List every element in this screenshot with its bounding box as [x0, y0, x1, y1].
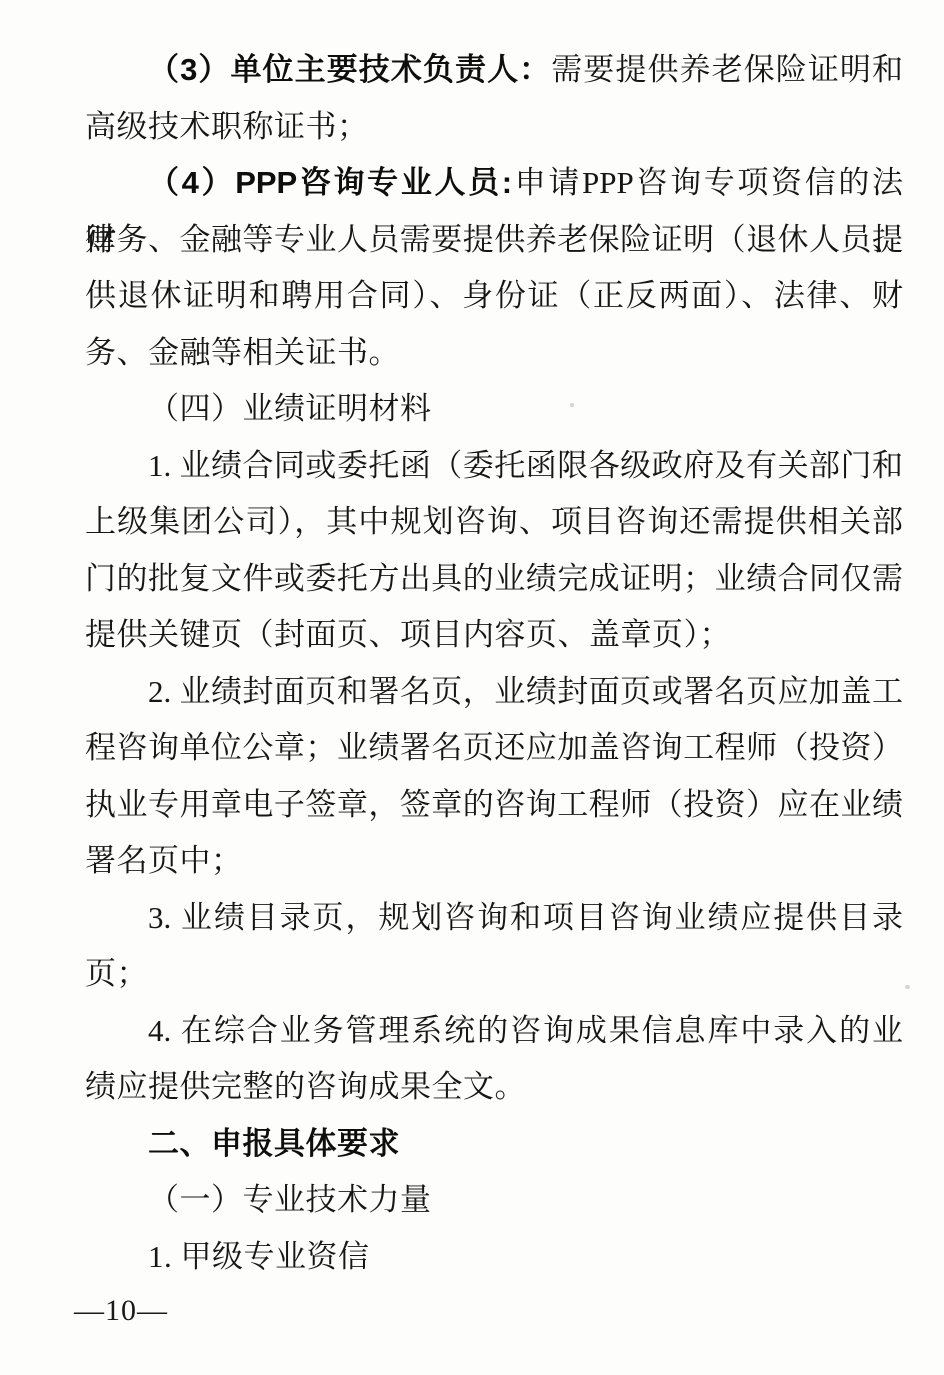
line-text: 高级技术职称证书；: [85, 109, 369, 144]
text-line: 4. 在综合业务管理系统的咨询成果信息库中录入的业: [85, 1003, 903, 1060]
text-line: 执业专用章电子签章，签章的咨询工程师（投资）应在业绩: [85, 777, 903, 834]
line-text: 供退休证明和聘用合同）、身份证（正反两面）、法律、财: [85, 278, 903, 313]
line-text: 署名页中；: [85, 843, 243, 878]
text-line: 3. 业绩目录页，规划咨询和项目咨询业绩应提供目录: [85, 890, 903, 947]
line-text: 4. 在综合业务管理系统的咨询成果信息库中录入的业: [148, 1013, 903, 1048]
line-text: 上级集团公司），其中规划咨询、项目咨询还需提供相关部: [85, 504, 903, 539]
text-line: 署名页中；: [85, 833, 903, 890]
line-text: （四）业绩证明材料: [148, 391, 432, 426]
line-text: 3. 业绩目录页，规划咨询和项目咨询业绩应提供目录: [148, 900, 903, 935]
text-line: 绩应提供完整的咨询成果全文。: [85, 1059, 903, 1116]
text-line: （4）PPP咨询专业人员:申请PPP咨询专项资信的法律、: [85, 155, 903, 212]
scan-speck: [108, 128, 111, 132]
text-line: 务、金融等相关证书。: [85, 325, 903, 382]
text-line: 1. 业绩合同或委托函（委托函限各级政府及有关部门和: [85, 438, 903, 495]
line-bold-text: 二、申报具体要求: [148, 1126, 400, 1161]
scan-speck: [905, 985, 910, 989]
text-line: 程咨询单位公章；业绩署名页还应加盖咨询工程师（投资）: [85, 720, 903, 777]
text-line: 上级集团公司），其中规划咨询、项目咨询还需提供相关部: [85, 494, 903, 551]
text-line: 页；: [85, 946, 903, 1003]
text-line: 1. 甲级专业资信: [85, 1229, 903, 1286]
line-bold-text: （4）PPP咨询专业人员:: [148, 165, 512, 200]
text-line: （3）单位主要技术负责人：需要提供养老保险证明和: [85, 42, 903, 99]
text-line: 高级技术职称证书；: [85, 99, 903, 156]
line-text: 财务、金融等专业人员需要提供养老保险证明（退休人员提: [85, 222, 903, 257]
section-heading: 二、申报具体要求: [85, 1116, 903, 1173]
text-line: 提供关键页（封面页、项目内容页、盖章页）；: [85, 607, 903, 664]
line-bold-text: （3）单位主要技术负责人：: [148, 52, 551, 87]
line-text: 页；: [85, 956, 148, 991]
document-page: （3）单位主要技术负责人：需要提供养老保险证明和 高级技术职称证书； （4）PP…: [0, 0, 944, 1375]
line-text: 执业专用章电子签章，签章的咨询工程师（投资）应在业绩: [85, 787, 903, 822]
text-line: 2. 业绩封面页和署名页，业绩封面页或署名页应加盖工: [85, 664, 903, 721]
line-text: 门的批复文件或委托方出具的业绩完成证明；业绩合同仅需: [85, 561, 903, 596]
line-text: 1. 甲级专业资信: [148, 1239, 370, 1274]
line-text: 2. 业绩封面页和署名页，业绩封面页或署名页应加盖工: [148, 674, 903, 709]
page-number: —10—: [74, 1294, 168, 1328]
line-text: 提供关键页（封面页、项目内容页、盖章页）；: [85, 617, 731, 652]
line-text: 程咨询单位公章；业绩署名页还应加盖咨询工程师（投资）: [85, 730, 903, 765]
line-text: 务、金融等相关证书。: [85, 335, 400, 370]
section-heading: （一）专业技术力量: [85, 1172, 903, 1229]
section-heading: （四）业绩证明材料: [85, 381, 903, 438]
text-line: 供退休证明和聘用合同）、身份证（正反两面）、法律、财: [85, 268, 903, 325]
document-body: （3）单位主要技术负责人：需要提供养老保险证明和 高级技术职称证书； （4）PP…: [85, 42, 903, 1285]
text-line: 门的批复文件或委托方出具的业绩完成证明；业绩合同仅需: [85, 551, 903, 608]
line-text: （一）专业技术力量: [148, 1182, 432, 1217]
text-line: 财务、金融等专业人员需要提供养老保险证明（退休人员提: [85, 212, 903, 269]
scan-speck: [570, 403, 574, 407]
line-text: 需要提供养老保险证明和: [551, 52, 903, 87]
line-text: 1. 业绩合同或委托函（委托函限各级政府及有关部门和: [148, 448, 903, 483]
line-text: 绩应提供完整的咨询成果全文。: [85, 1069, 526, 1104]
